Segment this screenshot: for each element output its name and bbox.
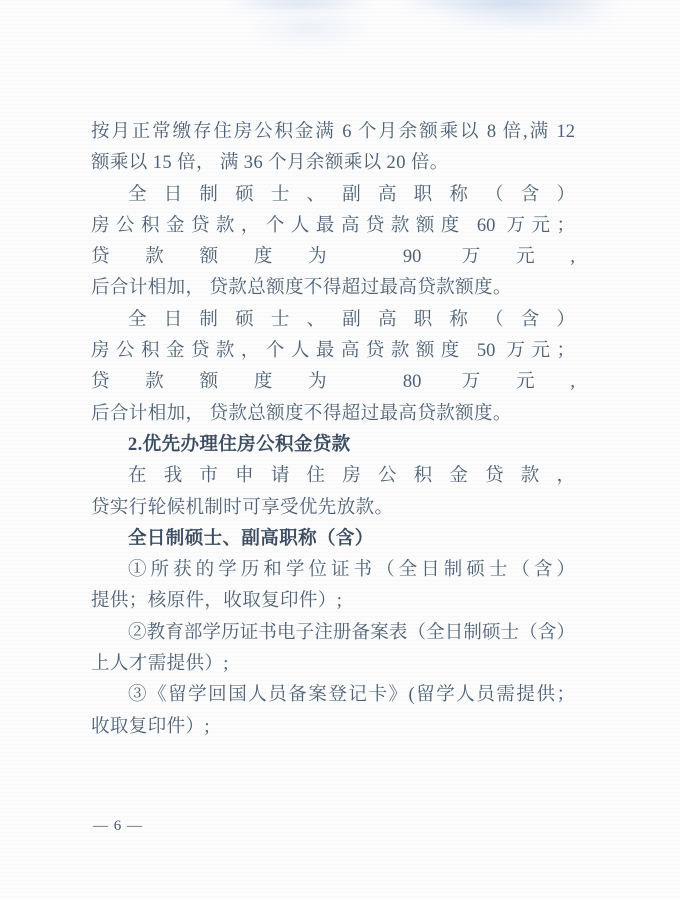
scan-artifact xyxy=(250,8,370,48)
text-line: 全日制硕士、副高职称（含）以上人才贷款所需材料： xyxy=(91,524,575,555)
text-line: 2.优先办理住房公积金贷款 xyxy=(91,430,575,461)
text-line: 按月正常缴存住房公积金满 6 个月余额乘以 8 倍,满 12 个月余 xyxy=(91,117,575,148)
text-line: 贷款额度为 90 万元,夫妻双方根据贷款条件分别计算可贷额度 xyxy=(91,242,575,273)
text-line: 全日制硕士、副高职称（含）以上人才购买二套房申请住 xyxy=(91,305,575,336)
text-line: 房公积金贷款，个人最高贷款额度 60 万元；夫妻双方合计最高 xyxy=(91,211,575,242)
text-line: 全日制硕士、副高职称（含）以上人才购买首套房申请住 xyxy=(91,180,575,211)
scan-artifact xyxy=(395,0,625,14)
document-page: 按月正常缴存住房公积金满 6 个月余额乘以 8 倍,满 12 个月余额乘以 15… xyxy=(0,0,680,900)
text-line: 贷实行轮候机制时可享受优先放款。 xyxy=(91,493,575,524)
text-line: ②教育部学历证书电子注册备案表（全日制硕士（含）以 xyxy=(91,618,575,649)
text-line: 收取复印件）; xyxy=(91,712,575,743)
scan-artifact xyxy=(430,4,620,30)
page-number: — 6 — xyxy=(93,816,143,836)
text-line: 额乘以 15 倍， 满 36 个月余额乘以 20 倍。 xyxy=(91,148,575,179)
text-line: 贷款额度为 80 万元,夫妻双方根据贷款条件分别计算可贷额度 xyxy=(91,367,575,398)
text-line: 房公积金贷款，个人最高贷款额度 50 万元；夫妻双方合计最高 xyxy=(91,336,575,367)
text-line: ③《留学回国人员备案登记卡》(留学人员需提供；核原件、 xyxy=(91,680,575,711)
scan-artifact xyxy=(225,0,375,12)
document-body: 按月正常缴存住房公积金满 6 个月余额乘以 8 倍,满 12 个月余额乘以 15… xyxy=(91,117,575,743)
text-line: 后合计相加， 贷款总额度不得超过最高贷款额度。 xyxy=(91,399,575,430)
text-line: ①所获的学历和学位证书（全日制硕士（含）以上人才需 xyxy=(91,555,575,586)
text-line: 上人才需提供）; xyxy=(91,649,575,680)
text-line: 提供；核原件，收取复印件）; xyxy=(91,586,575,617)
text-line: 后合计相加， 贷款总额度不得超过最高贷款额度。 xyxy=(91,273,575,304)
text-line: 在我市申请住房公积金贷款， 如住房公积金资金紧张， 放 xyxy=(91,461,575,492)
